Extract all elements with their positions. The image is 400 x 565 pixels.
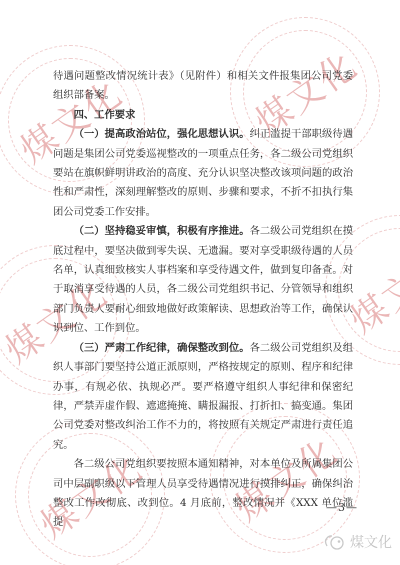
document-body: 待遇问题整改情况统计表》（见附件）和相关文件报集团公司党委组织部备案。四、工作要… (53, 67, 353, 533)
brand-logo-icon (323, 534, 347, 551)
paragraph-heading-segment: 四、工作要求 (74, 109, 136, 121)
footer-brand: 煤文化 (323, 532, 392, 552)
paragraph-heading-segment: （三）严肃工作纪律，确保整改到位。 (74, 342, 250, 354)
paragraph: 待遇问题整改情况统计表》（见附件）和相关文件报集团公司党委组织部备案。 (53, 67, 353, 106)
paragraph-heading-segment: （一）提高政治站位，强化思想认识。 (74, 128, 250, 140)
paragraph: 各二级公司党组织要按照本通知精神，对本单位及所属集团公司中层副职级以下管理人员享… (53, 455, 353, 533)
paragraph-heading-segment: （二）坚持稳妥审慎，积极有序推进。 (74, 225, 250, 237)
paragraph-text-segment: 各二级公司党组织在摸底过程中，要坚决做到零失误、无遗漏。要对享受职级待遇的人员名… (53, 225, 353, 334)
paragraph-text-segment: 各二级公司党组织要按照本通知精神，对本单位及所属集团公司中层副职级以下管理人员享… (53, 458, 353, 528)
paragraph-text-segment: 纠正滥提干部职级待遇问题是集团公司党委巡视整改的一项重点任务，各二级公司党组织要… (53, 128, 353, 218)
paragraph: （二）坚持稳妥审慎，积极有序推进。各二级公司党组织在摸底过程中，要坚决做到零失误… (53, 222, 353, 338)
paragraph-text-segment: 待遇问题整改情况统计表》（见附件）和相关文件报集团公司党委组织部备案。 (53, 70, 353, 101)
brand-label: 煤文化 (350, 532, 392, 552)
paragraph: （一）提高政治站位，强化思想认识。纠正滥提干部职级待遇问题是集团公司党委巡视整改… (53, 125, 353, 222)
paragraph-text-segment: 各二级公司党组织及组织人事部门要坚持公道正派原则，严格按规定的原则、程序和纪律办… (53, 342, 353, 451)
paragraph: （三）严肃工作纪律，确保整改到位。各二级公司党组织及组织人事部门要坚持公道正派原… (53, 339, 353, 455)
paragraph: 四、工作要求 (53, 106, 353, 125)
page-number: —3— (326, 501, 358, 514)
